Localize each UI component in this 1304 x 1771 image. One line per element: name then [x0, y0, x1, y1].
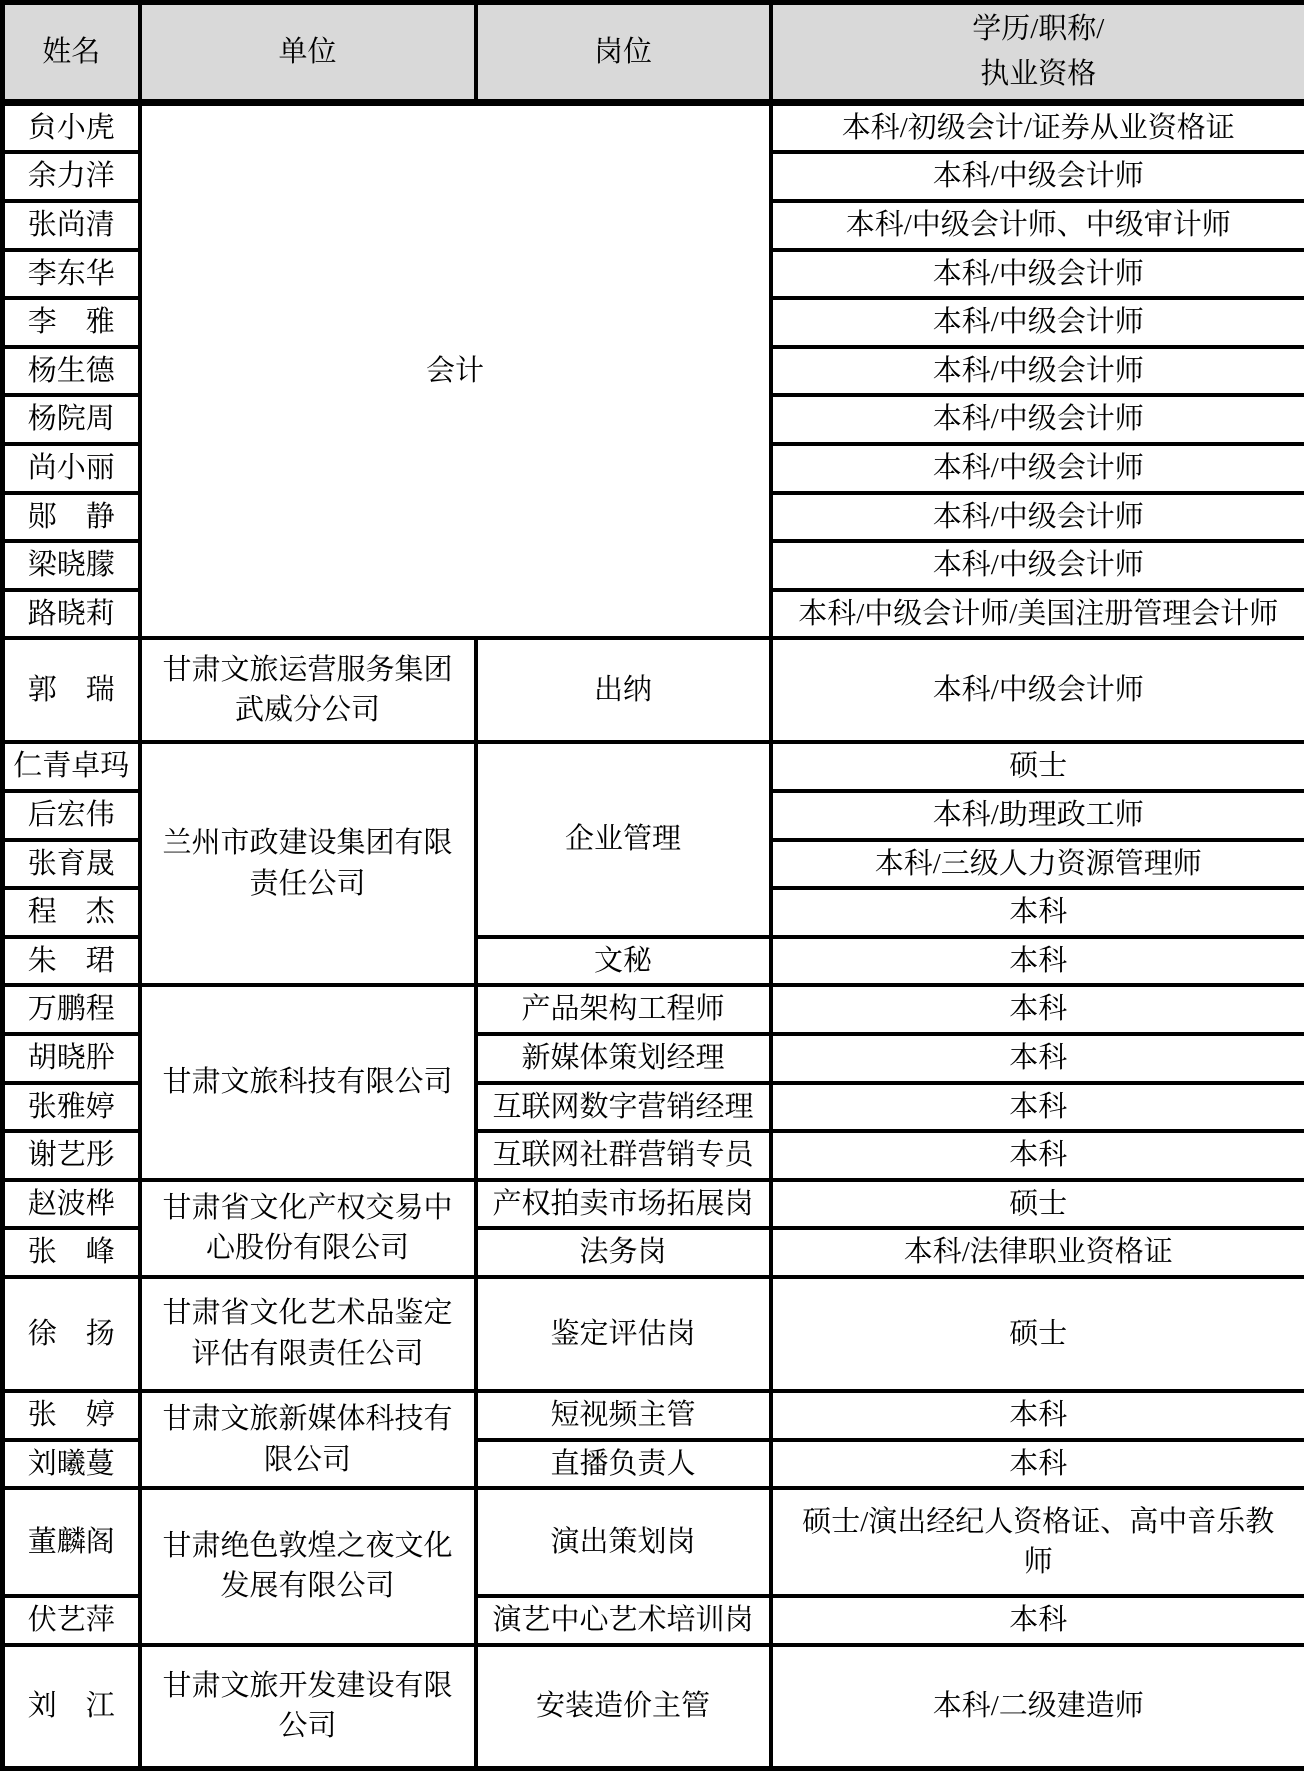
- position-cell: 产品架构工程师: [476, 985, 771, 1034]
- name-cell: 杨生德: [3, 347, 140, 396]
- qual-cell: 本科/中级会计师: [771, 638, 1304, 742]
- qual-cell: 本科/中级会计师: [771, 395, 1304, 444]
- qual-cell: 硕士: [771, 1180, 1304, 1229]
- name-cell: 李 雅: [3, 298, 140, 347]
- position-cell: 产权拍卖市场拓展岗: [476, 1180, 771, 1229]
- qual-cell: 硕士: [771, 1277, 1304, 1391]
- qual-cell: 本科: [771, 888, 1304, 937]
- qual-cell: 本科/中级会计师/美国注册管理会计师: [771, 590, 1304, 639]
- qual-cell: 本科: [771, 1034, 1304, 1083]
- name-cell: 郧 静: [3, 493, 140, 542]
- position-cell: 企业管理: [476, 742, 771, 936]
- name-cell: 刘 江: [3, 1645, 140, 1769]
- name-cell: 伏艺萍: [3, 1596, 140, 1645]
- header-cell-name: 姓名: [3, 3, 140, 103]
- name-cell: 张 婷: [3, 1391, 140, 1440]
- table-row: 万鹏程 甘肃文旅科技有限公司 产品架构工程师 本科: [3, 985, 1304, 1034]
- qual-cell: 本科/三级人力资源管理师: [771, 840, 1304, 889]
- name-cell: 杨院周: [3, 395, 140, 444]
- qual-cell: 本科/助理政工师: [771, 791, 1304, 840]
- table-row: 张 婷 甘肃文旅新媒体科技有限公司 短视频主管 本科: [3, 1391, 1304, 1440]
- name-cell: 张育晟: [3, 840, 140, 889]
- name-cell: 贠小虎: [3, 102, 140, 152]
- name-cell: 后宏伟: [3, 791, 140, 840]
- qual-cell: 本科/中级会计师: [771, 493, 1304, 542]
- name-cell: 程 杰: [3, 888, 140, 937]
- header-qual-line1: 学历/职称/: [773, 7, 1304, 52]
- qual-cell: 本科: [771, 1131, 1304, 1180]
- position-cell: 互联网数字营销经理: [476, 1083, 771, 1132]
- table-row: 董麟阁 甘肃绝色敦煌之夜文化发展有限公司 演出策划岗 硕士/演出经纪人资格证、高…: [3, 1488, 1304, 1596]
- qual-cell: 本科: [771, 1596, 1304, 1645]
- name-cell: 胡晓肸: [3, 1034, 140, 1083]
- name-cell: 张雅婷: [3, 1083, 140, 1132]
- unit-cell: 甘肃省文化产权交易中心股份有限公司: [140, 1180, 476, 1277]
- qual-cell: 本科: [771, 937, 1304, 986]
- qual-cell: 硕士/演出经纪人资格证、高中音乐教师: [771, 1488, 1304, 1596]
- position-cell: 演艺中心艺术培训岗: [476, 1596, 771, 1645]
- name-cell: 尚小丽: [3, 444, 140, 493]
- table-row: 徐 扬 甘肃省文化艺术品鉴定评估有限责任公司 鉴定评估岗 硕士: [3, 1277, 1304, 1391]
- qual-cell: 本科: [771, 1083, 1304, 1132]
- name-cell: 仁青卓玛: [3, 742, 140, 791]
- name-cell: 董麟阁: [3, 1488, 140, 1596]
- unit-cell: 甘肃绝色敦煌之夜文化发展有限公司: [140, 1488, 476, 1645]
- name-cell: 余力洋: [3, 152, 140, 201]
- position-cell: 互联网社群营销专员: [476, 1131, 771, 1180]
- name-cell: 朱 珺: [3, 937, 140, 986]
- table-row: 郭 瑞 甘肃文旅运营服务集团武威分公司 出纳 本科/中级会计师: [3, 638, 1304, 742]
- unit-cell: 甘肃文旅新媒体科技有限公司: [140, 1391, 476, 1488]
- name-cell: 梁晓朦: [3, 541, 140, 590]
- name-cell: 李东华: [3, 250, 140, 299]
- table-row: 赵波桦 甘肃省文化产权交易中心股份有限公司 产权拍卖市场拓展岗 硕士: [3, 1180, 1304, 1229]
- qual-cell: 本科/法律职业资格证: [771, 1228, 1304, 1277]
- qual-cell: 本科: [771, 1440, 1304, 1489]
- qual-cell: 本科/中级会计师: [771, 250, 1304, 299]
- unit-cell: 甘肃文旅运营服务集团武威分公司: [140, 638, 476, 742]
- unit-cell: 兰州市政建设集团有限责任公司: [140, 742, 476, 985]
- name-cell: 徐 扬: [3, 1277, 140, 1391]
- name-cell: 万鹏程: [3, 985, 140, 1034]
- position-cell: 直播负责人: [476, 1440, 771, 1489]
- unit-cell: 甘肃文旅开发建设有限公司: [140, 1645, 476, 1769]
- name-cell: 谢艺彤: [3, 1131, 140, 1180]
- position-cell: 安装造价主管: [476, 1645, 771, 1769]
- qual-cell: 本科/中级会计师: [771, 444, 1304, 493]
- position-cell: 出纳: [476, 638, 771, 742]
- table-row: 刘 江 甘肃文旅开发建设有限公司 安装造价主管 本科/二级建造师: [3, 1645, 1304, 1769]
- qual-cell: 本科: [771, 985, 1304, 1034]
- position-cell: 短视频主管: [476, 1391, 771, 1440]
- header-cell-qualification: 学历/职称/ 执业资格: [771, 3, 1304, 103]
- position-cell: 演出策划岗: [476, 1488, 771, 1596]
- position-cell: 鉴定评估岗: [476, 1277, 771, 1391]
- name-cell: 张 峰: [3, 1228, 140, 1277]
- unit-cell: 甘肃省文化艺术品鉴定评估有限责任公司: [140, 1277, 476, 1391]
- header-qual-line2: 执业资格: [773, 52, 1304, 97]
- name-cell: 赵波桦: [3, 1180, 140, 1229]
- qual-cell: 本科/二级建造师: [771, 1645, 1304, 1769]
- qual-cell: 硕士: [771, 742, 1304, 791]
- qual-cell: 本科/初级会计/证券从业资格证: [771, 102, 1304, 152]
- unit-cell: 甘肃文旅科技有限公司: [140, 985, 476, 1179]
- qual-cell: 本科/中级会计师: [771, 541, 1304, 590]
- position-cell: 文秘: [476, 937, 771, 986]
- position-cell: 新媒体策划经理: [476, 1034, 771, 1083]
- qual-cell: 本科/中级会计师: [771, 347, 1304, 396]
- staff-qualification-table: 姓名 单位 岗位 学历/职称/ 执业资格 贠小虎 会计 本科/初级会计/证券从业…: [0, 0, 1304, 1771]
- qual-cell: 本科/中级会计师: [771, 152, 1304, 201]
- header-row: 姓名 单位 岗位 学历/职称/ 执业资格: [3, 3, 1304, 103]
- name-cell: 刘曦蔓: [3, 1440, 140, 1489]
- header-cell-position: 岗位: [476, 3, 771, 103]
- table-row: 贠小虎 会计 本科/初级会计/证券从业资格证: [3, 102, 1304, 152]
- position-cell: 法务岗: [476, 1228, 771, 1277]
- name-cell: 张尚清: [3, 201, 140, 250]
- qual-cell: 本科/中级会计师、中级审计师: [771, 201, 1304, 250]
- qual-cell: 本科: [771, 1391, 1304, 1440]
- qual-cell: 本科/中级会计师: [771, 298, 1304, 347]
- name-cell: 郭 瑞: [3, 638, 140, 742]
- merged-unit-position-cell-accounting: 会计: [140, 102, 771, 638]
- name-cell: 路晓莉: [3, 590, 140, 639]
- table-row: 仁青卓玛 兰州市政建设集团有限责任公司 企业管理 硕士: [3, 742, 1304, 791]
- header-cell-unit: 单位: [140, 3, 476, 103]
